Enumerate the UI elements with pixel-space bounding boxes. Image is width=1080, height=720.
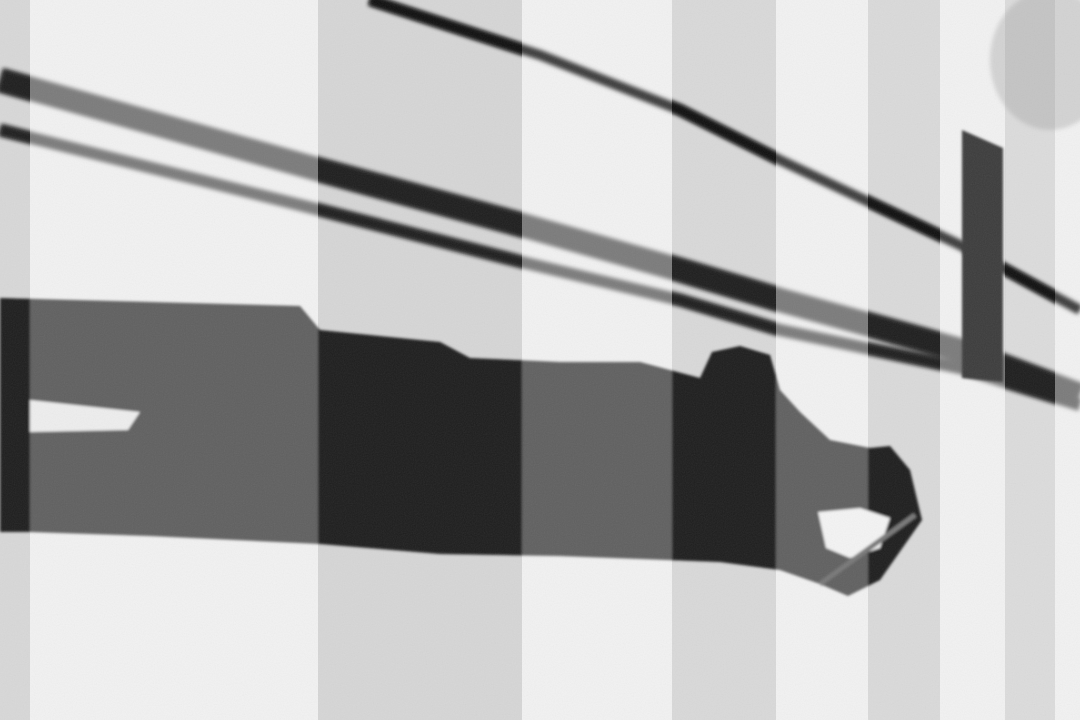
shadow-photo: [0, 0, 1080, 720]
film-grain: [0, 0, 1080, 720]
photo-scene: [0, 0, 1080, 720]
